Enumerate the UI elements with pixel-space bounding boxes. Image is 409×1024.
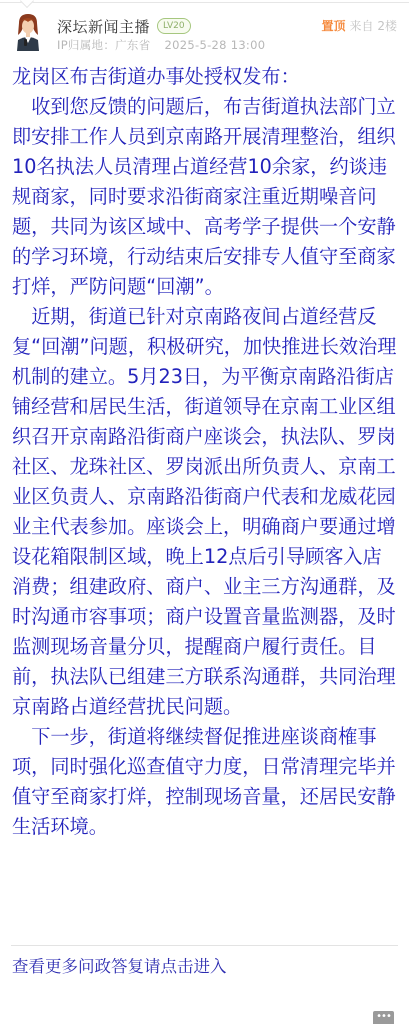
- pinned-badge: 置顶: [322, 19, 346, 33]
- pointer-notch: [20, 0, 34, 8]
- author-name[interactable]: 深坛新闻主播: [57, 16, 150, 37]
- post-floor-info: 置顶来自 2楼: [322, 17, 397, 34]
- content-title: 龙岗区布吉街道办事处授权发布：: [12, 62, 398, 92]
- content-paragraph: 下一步，街道将继续督促推进座谈商榷事项，同时强化巡查值守力度，日常清理完毕并值守…: [12, 722, 398, 842]
- content-paragraph: 近期，街道已针对京南路夜间占道经营反复“回潮”问题，积极研究，加快推进长效治理机…: [12, 302, 398, 722]
- view-more-link[interactable]: 查看更多问政答复请点击进入: [12, 953, 227, 977]
- post-header: 深坛新闻主播 LV20 IP归属地：广东省2025-5-28 13:00 置顶来…: [0, 10, 409, 54]
- ip-location: IP归属地：广东省: [57, 38, 151, 52]
- more-options-button[interactable]: •••: [373, 1011, 394, 1024]
- content-divider: [11, 945, 398, 946]
- avatar[interactable]: [15, 13, 41, 51]
- post-meta: IP归属地：广东省2025-5-28 13:00: [57, 37, 265, 53]
- avatar-icon: [15, 13, 41, 51]
- level-badge: LV20: [157, 18, 191, 34]
- floor-label: 来自 2楼: [350, 19, 397, 33]
- content-paragraph: 收到您反馈的问题后，布吉街道执法部门立即安排工作人员到京南路开展清理整治，组织1…: [12, 92, 398, 302]
- post-timestamp: 2025-5-28 13:00: [165, 38, 266, 52]
- post-content: 龙岗区布吉街道办事处授权发布： 收到您反馈的问题后，布吉街道执法部门立即安排工作…: [12, 62, 398, 842]
- top-divider: [0, 2, 409, 3]
